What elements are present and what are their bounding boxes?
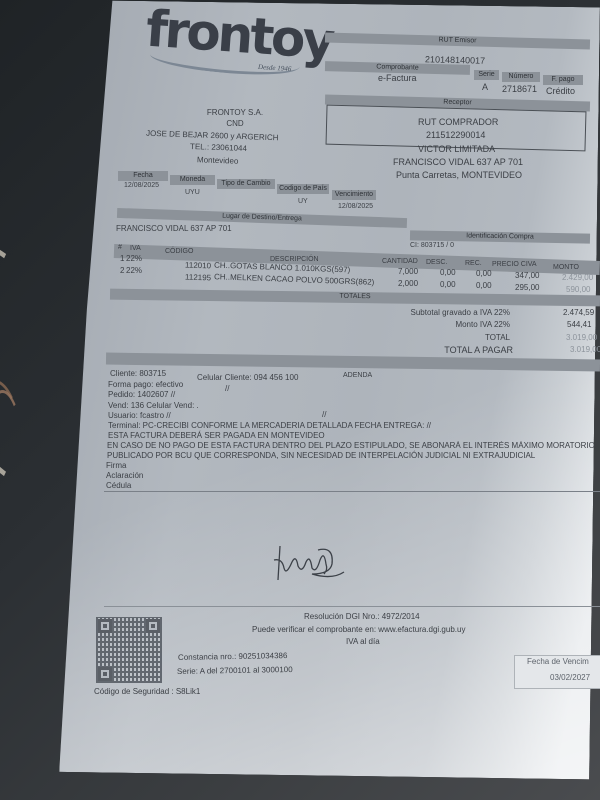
fecha-vencimiento: 03/02/2027	[550, 673, 590, 682]
adenda-divider	[104, 491, 600, 492]
row2-precio: 295,00	[515, 283, 539, 292]
fecha-vencimiento-label: Fecha de Vencim	[527, 657, 589, 666]
col-desc: DESC.	[426, 259, 447, 266]
row1-n: 1	[120, 254, 124, 263]
row1-monto: 2.429,00	[562, 273, 593, 282]
row2-iva: 22%	[126, 266, 142, 275]
adenda-slashes-2: //	[322, 410, 326, 419]
issuer-name: FRONTOY S.A.	[160, 108, 310, 117]
aclaracion-label: Aclaración	[106, 471, 143, 480]
col-n: #	[118, 244, 122, 251]
id-compra: CI: 803715 / 0	[410, 242, 454, 249]
row2-monto: 590,00	[566, 285, 590, 294]
fecha: 12/08/2025	[124, 182, 159, 189]
forma-pago-label: F. pago	[543, 75, 583, 85]
monto-iva-value: 544,41	[567, 320, 591, 329]
adenda-cliente: Cliente: 803715	[110, 369, 166, 378]
codigo-seguridad: Código de Seguridad : S8Lik1	[94, 687, 200, 696]
rut-comprador-label: RUT COMPRADOR	[418, 117, 498, 127]
codigo-pais-label: Codigo de País	[277, 184, 329, 194]
forma-pago: Crédito	[546, 86, 575, 96]
total-pagar-label: TOTAL A PAGAR	[380, 345, 513, 355]
row2-rec: 0,00	[476, 281, 492, 290]
comprobante: e-Factura	[378, 73, 417, 83]
total-label: TOTAL	[380, 333, 510, 342]
col-precio: PRECIO CIVA	[492, 261, 537, 268]
iva-al-dia: IVA al día	[346, 637, 380, 646]
row1-rec: 0,00	[476, 269, 492, 278]
row2-n: 2	[120, 266, 124, 275]
verificar-text: Puede verificar el comprobante en: www.e…	[252, 625, 465, 634]
row1-codigo: 112010	[185, 261, 211, 271]
subtotal-value: 2.474,59	[563, 308, 594, 317]
serie-label: Serie	[474, 70, 499, 80]
adenda-pedido: Pedido: 1402607 //	[108, 390, 175, 399]
constancia: Constancia nro.: 90251034386	[178, 651, 288, 662]
issuer-city: Montevideo	[197, 155, 239, 165]
total-value: 3.019,00	[566, 333, 597, 342]
row2-codigo: 112195	[185, 273, 211, 283]
photo-scene: frontoy Desde 1946 FRONTOY S.A. CND JOSE…	[0, 0, 600, 800]
numero-label: Número	[502, 72, 540, 82]
col-iva: IVA	[130, 245, 141, 252]
footer-divider	[104, 606, 600, 607]
col-monto: MONTO	[553, 264, 579, 271]
destino-value: FRANCISCO VIDAL 637 AP 701	[116, 224, 232, 233]
vencimiento: 12/08/2025	[338, 203, 373, 210]
adenda-line1: ESTA FACTURA DEBERÁ SER PAGADA EN MONTEV…	[108, 431, 325, 440]
receptor-city: Punta Carretas, MONTEVIDEO	[396, 170, 522, 180]
row1-cantidad: 7,000	[398, 267, 418, 276]
numero: 2718671	[502, 84, 537, 94]
codigo-pais: UY	[298, 198, 308, 205]
adenda-terminal: Terminal: PC-CRECIBI CONFORME LA MERCADE…	[108, 421, 431, 430]
adenda-vend: Vend: 136 Celular Vend: .	[108, 401, 199, 410]
issuer-phone: TEL.: 23061044	[190, 142, 247, 153]
signature	[272, 540, 352, 590]
rut-comprador: 211512290014	[426, 130, 485, 140]
adenda-celular-cliente: Celular Cliente: 094 456 100	[197, 373, 298, 382]
col-rec: REC.	[465, 260, 482, 267]
issuer-cnd: CND	[160, 119, 310, 128]
serie: A	[482, 82, 488, 92]
adenda-line2: EN CASO DE NO PAGO DE ESTA FACTURA DENTR…	[107, 441, 600, 450]
fecha-label: Fecha	[118, 171, 168, 181]
cedula-label: Cédula	[106, 481, 131, 490]
adenda-forma-pago: Forma pago: efectivo	[108, 380, 183, 389]
monto-iva-label: Monto IVA 22%	[380, 320, 510, 329]
receptor-address: FRANCISCO VIDAL 637 AP 701	[393, 157, 523, 167]
row2-cantidad: 2,000	[398, 279, 418, 288]
firma-label: Firma	[106, 461, 126, 470]
row1-precio: 347,00	[515, 271, 539, 280]
col-codigo: CÓDIGO	[165, 248, 193, 255]
adenda-label: ADENDA	[343, 372, 372, 379]
receptor-name: VICTOR LIMITADA	[418, 144, 495, 154]
adenda-line3: PUBLICADO POR BCU QUE CORRESPONDA, SIN N…	[107, 451, 535, 460]
col-cantidad: CANTIDAD	[382, 258, 418, 265]
row2-desc: 0,00	[440, 280, 456, 289]
vencimiento-label: Vencimiento	[332, 190, 376, 200]
total-pagar-value: 3.019,00	[570, 345, 600, 354]
moneda-label: Moneda	[170, 175, 215, 185]
subtotal-label: Subtotal gravado a IVA 22%	[380, 308, 510, 317]
row1-desc: 0,00	[440, 268, 456, 277]
adenda-slashes: //	[225, 384, 229, 393]
tipo-cambio-label: Tipo de Cambio	[217, 179, 275, 189]
qr-code[interactable]	[96, 617, 162, 683]
moneda: UYU	[185, 189, 200, 196]
row1-iva: 22%	[126, 254, 142, 263]
resolucion-dgi: Resolución DGI Nro.: 4972/2014	[304, 612, 420, 621]
adenda-usuario: Usuario: fcastro //	[108, 411, 171, 420]
